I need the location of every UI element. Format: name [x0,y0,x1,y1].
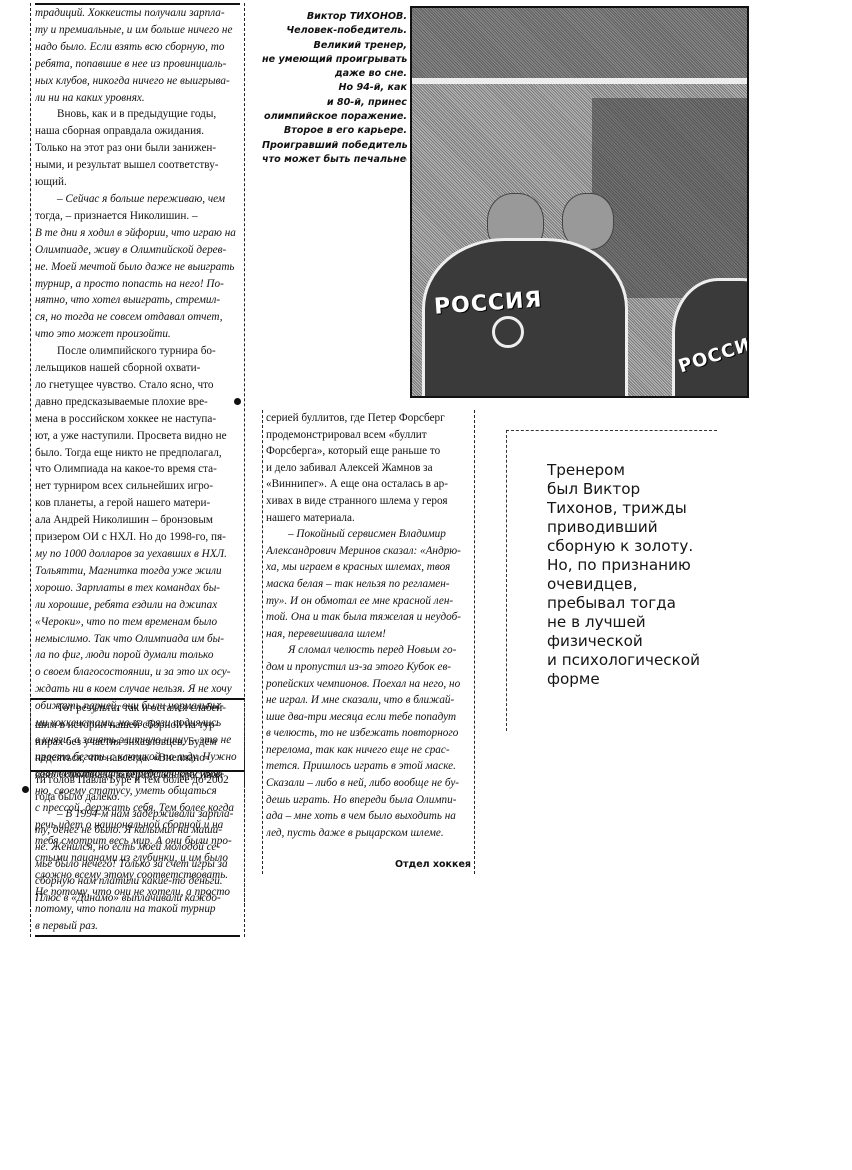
text-line: Олимпиаде, живу в Олимпийской дерев- [35,242,240,259]
text-line: Вновь, как и в предыдущие годы, [35,106,240,123]
text-line: было. Тогда еще никто не предполагал, [35,445,240,462]
text-line: очевидцев, [547,575,700,594]
text-line: – В 1994-м нам задерживали зарпла- [35,806,240,823]
text-line: ли ни на каких уровнях. [35,90,240,107]
text-line: ющий. [35,174,240,191]
text-line: что это может произойти. [35,326,240,343]
text-line: тогда, – признается Николишин. – [35,208,240,225]
text-line: не. Женился, но есть моей молодой се- [35,839,240,856]
text-line: шим в истории нашей сборной на тур- [35,717,240,734]
text-line: Человек-победитель. [262,24,407,38]
text-line: олимпийское поражение. [262,110,407,124]
text-line: и 80-й, принес [262,96,407,110]
text-line: не в лучшей [547,613,700,632]
text-line: Виктор ТИХОНОВ. [262,10,407,24]
text-line: той. Она и так была тяжелая и неудоб- [266,609,471,626]
text-line: Александрович Меринов сказал: «Андрю- [266,543,471,560]
text-line: ло гнетущее чувство. Стало ясно, что [35,377,240,394]
text-line: Тренером [547,461,700,480]
text-line: ся, но тогда не совсем отдавал отчет, [35,309,240,326]
text-line: сборную к золоту. [547,537,700,556]
text-line: серией буллитов, где Петер Форсберг [266,410,471,427]
text-line: года было далеко. [35,789,240,806]
text-line: ют, а уже наступили. Просвета видно не [35,428,240,445]
text-line: Я сломал челюсть перед Новым го- [266,642,471,659]
text-line: хорошо. Зарплаты в тех командах бы- [35,580,240,597]
text-line: не умеющий проигрывать [262,53,407,67]
middle-column: серией буллитов, где Петер Форсбергпроде… [262,410,475,874]
text-line: – Покойный сервисмен Владимир [266,526,471,543]
text-line: о своем благосостоянии, и за это их осу- [35,664,240,681]
text-line: сборную нам платили какие-то деньги. [35,873,240,890]
text-line: лельщиков нашей сборной охвати- [35,360,240,377]
text-line: хивах в виде странного шлема у героя [266,493,471,510]
text-line: – Сейчас я больше переживаю, чем [35,191,240,208]
text-line: Тихонов, трижды [547,499,700,518]
text-line: лед, пусть даже в рыцарском шлеме. [266,825,471,842]
team-photo: РОССИЯ РОССИЯ [410,6,749,398]
text-line: шие два-три месяца если тебе попадут [266,709,471,726]
text-line: Великий тренер, [262,39,407,53]
pull-quote-text: Тренеромбыл ВикторТихонов, триждыприводи… [547,461,700,689]
text-line: ная, перевешивала шлем! [266,626,471,643]
text-line: В те дни я ходил в эйфории, что играю на [35,225,240,242]
text-line: нашего материала. [266,510,471,527]
text-line: и дело забивал Алексей Жамнов за [266,460,471,477]
text-line: тется. Пришлось играть в этой маске. [266,758,471,775]
text-line: Но, по признанию [547,556,700,575]
text-line: Сказали – либо в ней, либо вообще не бу- [266,775,471,792]
left-column-block-3: ти голов Павла Буре и тем более до 2002г… [30,770,245,906]
text-line: нятно, что хотел выиграть, стремил- [35,292,240,309]
text-line: даже во сне. [262,67,407,81]
text-line: ли хорошие, ребята ездили на джипах [35,597,240,614]
text-line: надеяться, что навсегда. «Внеплано- [35,750,240,767]
text-line: в первый раз. [35,918,240,937]
byline-signature: Отдел хоккея [266,857,471,874]
text-line: Только на этот раз они были занижен- [35,140,240,157]
text-line: Форсберга», который еще раньше то [266,443,471,460]
text-line: что может быть печальнее? [262,153,407,167]
text-line: дом и пропустил из-за этого Кубок ев- [266,659,471,676]
text-line: физической [547,632,700,651]
text-line: и психологической [547,651,700,670]
text-line: ти голов Павла Буре и тем более до 2002 [35,772,240,789]
text-line: Тольятти, Магнитка тогда уже жили [35,563,240,580]
text-line: дешь играть. Но впереди была Олимпи- [266,792,471,809]
text-line: был Виктор [547,480,700,499]
text-line: ада – мне хоть в чем было выходить на [266,808,471,825]
text-line: перелома, так как ничего еще не срас- [266,742,471,759]
photo-rink-board [412,78,747,84]
text-line: не. Моей мечтой было даже не выиграть [35,259,240,276]
jersey-emblem-icon [492,316,524,348]
text-line: немыслимо. Так что Олимпиада им бы- [35,631,240,648]
text-line: Проигравший победитель – [262,139,407,153]
text-line: «Виннипег». А еще она осталась в ар- [266,476,471,493]
text-line: турнир, а просто попасть на него! По- [35,276,240,293]
text-line: Второе в его карьере. [262,124,407,138]
text-line: маска белая – так нельзя по регламен- [266,576,471,593]
text-line: ных клубов, никогда ничего не выигрыва- [35,73,240,90]
text-line: что Олимпиада на какое-то время ста- [35,461,240,478]
photo-shadow [592,98,747,298]
text-line: мена в российском хоккее не наступа- [35,411,240,428]
text-line: ждать ни в коем случае нельзя. Я не хочу [35,681,240,698]
pull-quote-box: Тренеромбыл ВикторТихонов, триждыприводи… [506,430,717,731]
text-line: После олимпийского турнира бо- [35,343,240,360]
bullet-marker [22,786,29,793]
text-line: призером ОИ с НХЛ. Но до 1998-го, пя- [35,529,240,546]
text-line: не играл. И мне сказали, что в ближай- [266,692,471,709]
text-line: ла по фиг, люди порой думали только [35,647,240,664]
text-line: мье было нечего! Только за счет игры за [35,856,240,873]
text-line: ту, денег не было. Я калымил на маши- [35,822,240,839]
text-line: пребывал тогда [547,594,700,613]
text-line: форме [547,670,700,689]
text-line: в челюсть, то не избежать повторного [266,725,471,742]
photo-background [412,8,747,78]
bullet-marker [234,398,241,405]
text-line: наша сборная оправдала ожидания. [35,123,240,140]
text-line: ту». И он обмотал ее мне красной лен- [266,593,471,610]
text-line: ребята, попавшие в нее из провинциаль- [35,56,240,73]
text-line: Тот результат так и остался слабей- [35,700,240,717]
text-line: нирах без участия энхаэловцев. Будем [35,734,240,751]
text-line: «Чероки», что по тем временам было [35,614,240,631]
text-line: ха, мы играем в красных шлемах, твоя [266,559,471,576]
text-line: Плюс в «Динамо» выплачивали каждо- [35,890,240,907]
text-line: продемонстрировал всем «буллит [266,427,471,444]
text-line: традиций. Хоккеисты получали зарпла- [35,3,240,22]
text-line: нет турниром всех сильнейших игро- [35,478,240,495]
photo-caption: Виктор ТИХОНОВ.Человек-победитель.Велики… [262,10,407,167]
text-line: давно предсказываемые плохие вре- [35,394,240,411]
text-line: ков планеты, а герой нашего матери- [35,495,240,512]
text-line: приводивший [547,518,700,537]
text-line: ными, и результат вышел соответству- [35,157,240,174]
text-line: му по 1000 долларов за уехавших в НХЛ. [35,546,240,563]
text-line: ропейских чемпионов. Поехал на него, но [266,676,471,693]
text-line: ала Андрей Николишин – бронзовым [35,512,240,529]
text-line: ту и премиальные, и им больше ничего не [35,22,240,39]
text-line: Но 94-й, как [262,81,407,95]
text-line: надо было. Если взять всю сборную, то [35,39,240,56]
